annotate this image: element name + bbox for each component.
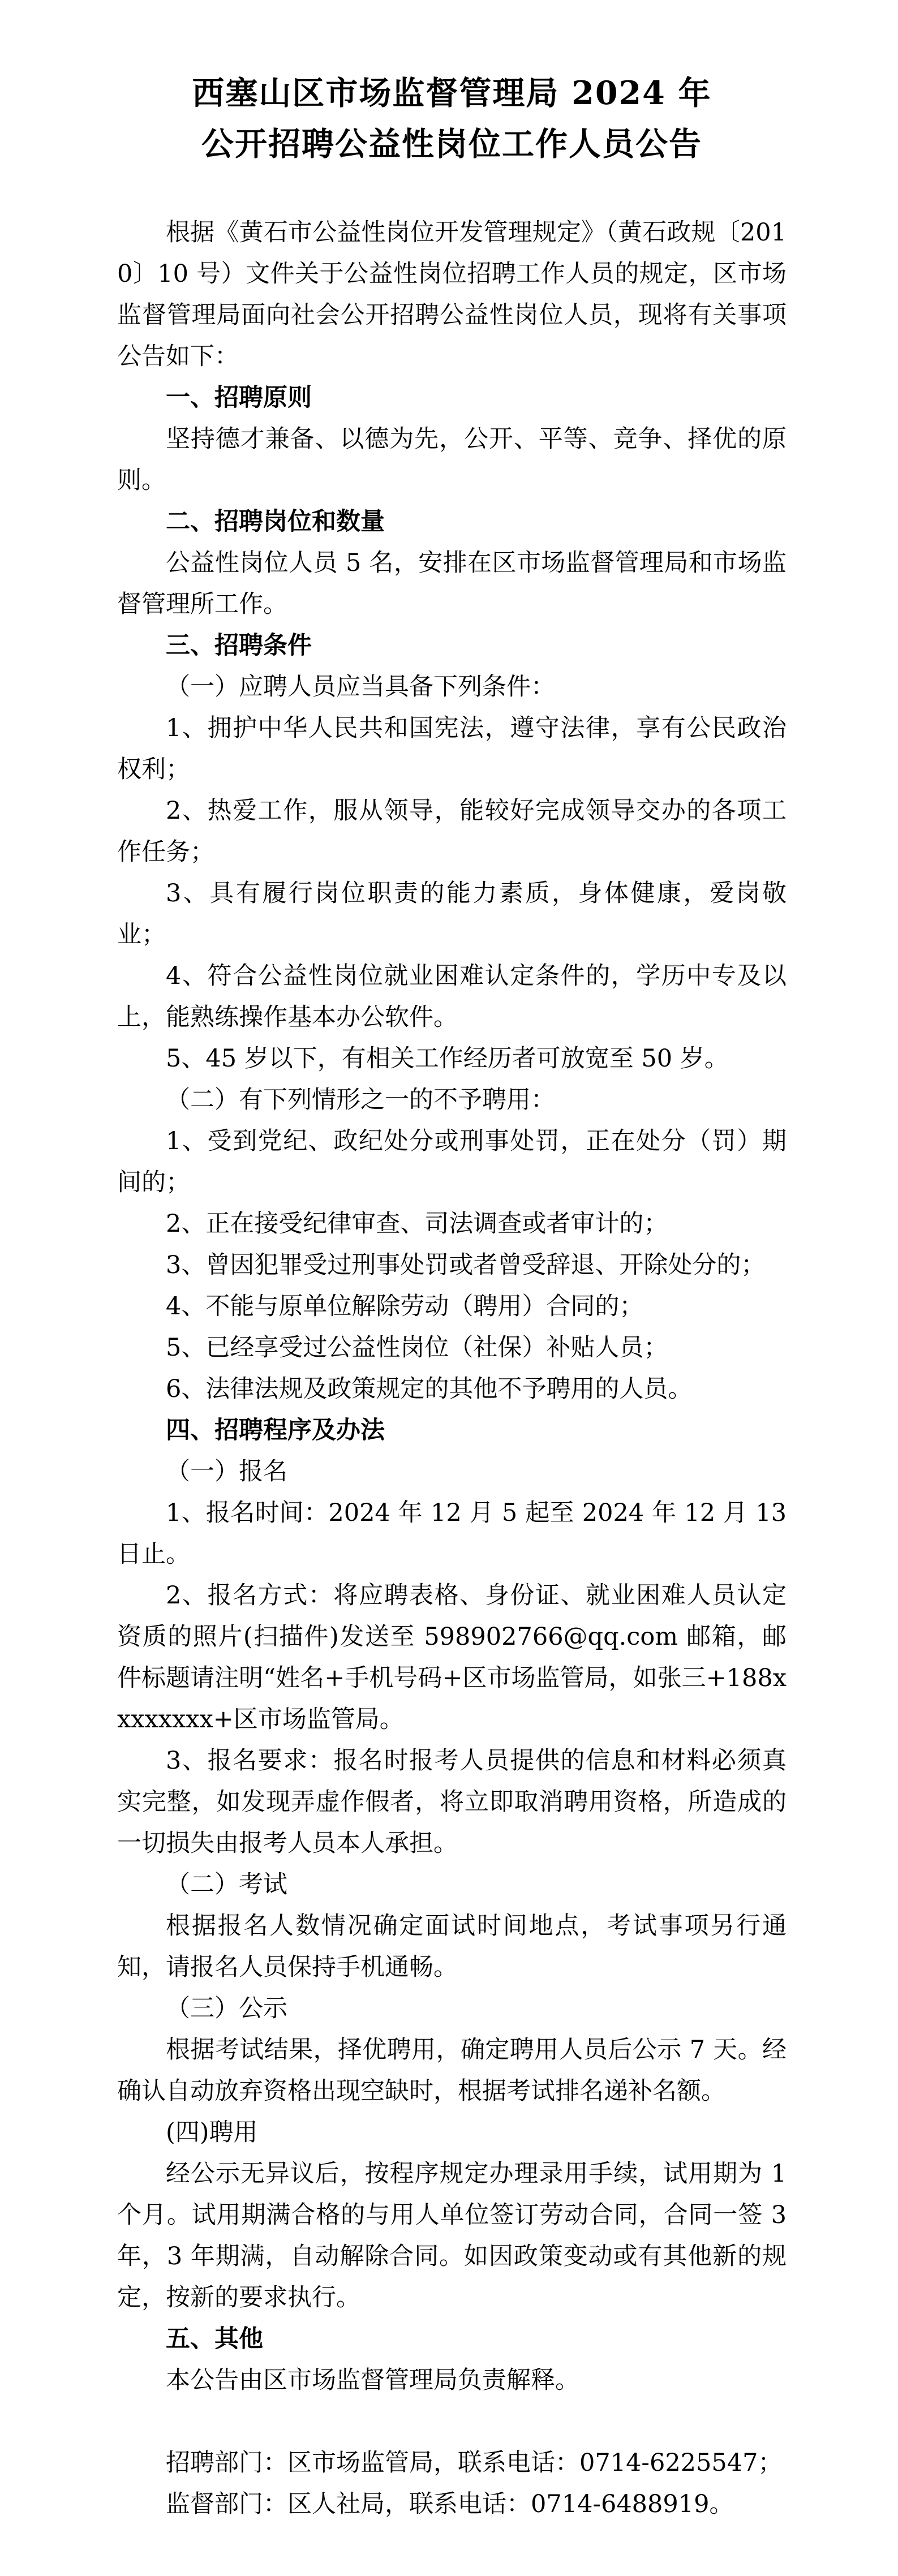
para-exclusion-list-title: （二）有下列情形之一的不予聘用：	[117, 1080, 787, 1121]
para-condition-1: 1、拥护中华人民共和国宪法，遵守法律，享有公民政治权利；	[117, 708, 787, 790]
para-publicity-title: （三）公示	[117, 1988, 787, 2029]
document-title: 西塞山区市场监督管理局 2024 年 公开招聘公益性岗位工作人员公告	[117, 68, 787, 170]
para-registration-requirement: 3、报名要求：报名时报考人员提供的信息和材料必须真实完整，如发现弄虚作假者，将立…	[117, 1740, 787, 1864]
heading-requirements: 三、招聘条件	[117, 625, 787, 666]
para-exclusion-5: 5、已经享受过公益性岗位（社保）补贴人员；	[117, 1327, 787, 1369]
para-registration-time: 1、报名时间：2024 年 12 月 5 起至 2024 年 12 月 13 日…	[117, 1493, 787, 1575]
para-exclusion-2: 2、正在接受纪律审查、司法调查或者审计的；	[117, 1203, 787, 1245]
para-condition-5: 5、45 岁以下，有相关工作经历者可放宽至 50 岁。	[117, 1038, 787, 1080]
para-exclusion-4: 4、不能与原单位解除劳动（聘用）合同的；	[117, 1286, 787, 1327]
para-interpretation: 本公告由区市场监督管理局负责解释。	[117, 2360, 787, 2401]
para-exam-detail: 根据报名人数情况确定面试时间地点，考试事项另行通知，请报名人员保持手机通畅。	[117, 1906, 787, 1988]
para-exam-title: （二）考试	[117, 1864, 787, 1906]
para-condition-4: 4、符合公益性岗位就业困难认定条件的，学历中专及以上，能熟练操作基本办公软件。	[117, 956, 787, 1038]
para-registration-method: 2、报名方式：将应聘表格、身份证、就业困难人员认定资质的照片(扫描件)发送至 5…	[117, 1575, 787, 1740]
para-employment-detail: 经公示无异议后，按程序规定办理录用手续，试用期为 1 个月。试用期满合格的与用人…	[117, 2153, 787, 2319]
para-registration-title: （一）报名	[117, 1451, 787, 1493]
heading-positions-quantity: 二、招聘岗位和数量	[117, 501, 787, 543]
heading-recruitment-principles: 一、招聘原则	[117, 377, 787, 419]
para-exclusion-3: 3、曾因犯罪受过刑事处罚或者曾受辞退、开除处分的；	[117, 1245, 787, 1286]
para-condition-list-title: （一）应聘人员应当具备下列条件：	[117, 666, 787, 708]
para-contact-recruit: 招聘部门：区市场监管局，联系电话：0714-6225547；	[117, 2442, 787, 2484]
para-employment-title: (四)聘用	[117, 2112, 787, 2153]
title-line-1: 西塞山区市场监督管理局 2024 年	[117, 68, 787, 119]
para-condition-2: 2、热爱工作，服从领导，能较好完成领导交办的各项工作任务；	[117, 790, 787, 873]
title-line-2: 公开招聘公益性岗位工作人员公告	[117, 119, 787, 170]
para-principles: 坚持德才兼备、以德为先，公开、平等、竞争、择优的原则。	[117, 419, 787, 501]
para-positions: 公益性岗位人员 5 名，安排在区市场监督管理局和市场监督管理所工作。	[117, 543, 787, 625]
heading-other: 五、其他	[117, 2319, 787, 2360]
para-condition-3: 3、具有履行岗位职责的能力素质，身体健康，爱岗敬业；	[117, 873, 787, 956]
para-exclusion-6: 6、法律法规及政策规定的其他不予聘用的人员。	[117, 1369, 787, 1410]
para-contact-supervise: 监督部门：区人社局，联系电话：0714-6488919。	[117, 2484, 787, 2525]
announcement-page: 西塞山区市场监督管理局 2024 年 公开招聘公益性岗位工作人员公告 根据《黄石…	[0, 0, 898, 2576]
contact-block: 招聘部门：区市场监管局，联系电话：0714-6225547； 监督部门：区人社局…	[117, 2442, 787, 2525]
para-publicity-detail: 根据考试结果，择优聘用，确定聘用人员后公示 7 天。经确认自动放弃资格出现空缺时…	[117, 2029, 787, 2112]
para-intro: 根据《黄石市公益性岗位开发管理规定》（黄石政规〔2010〕10 号）文件关于公益…	[117, 212, 787, 377]
para-exclusion-1: 1、受到党纪、政纪处分或刑事处罚，正在处分（罚）期间的；	[117, 1121, 787, 1203]
heading-procedure: 四、招聘程序及办法	[117, 1410, 787, 1451]
